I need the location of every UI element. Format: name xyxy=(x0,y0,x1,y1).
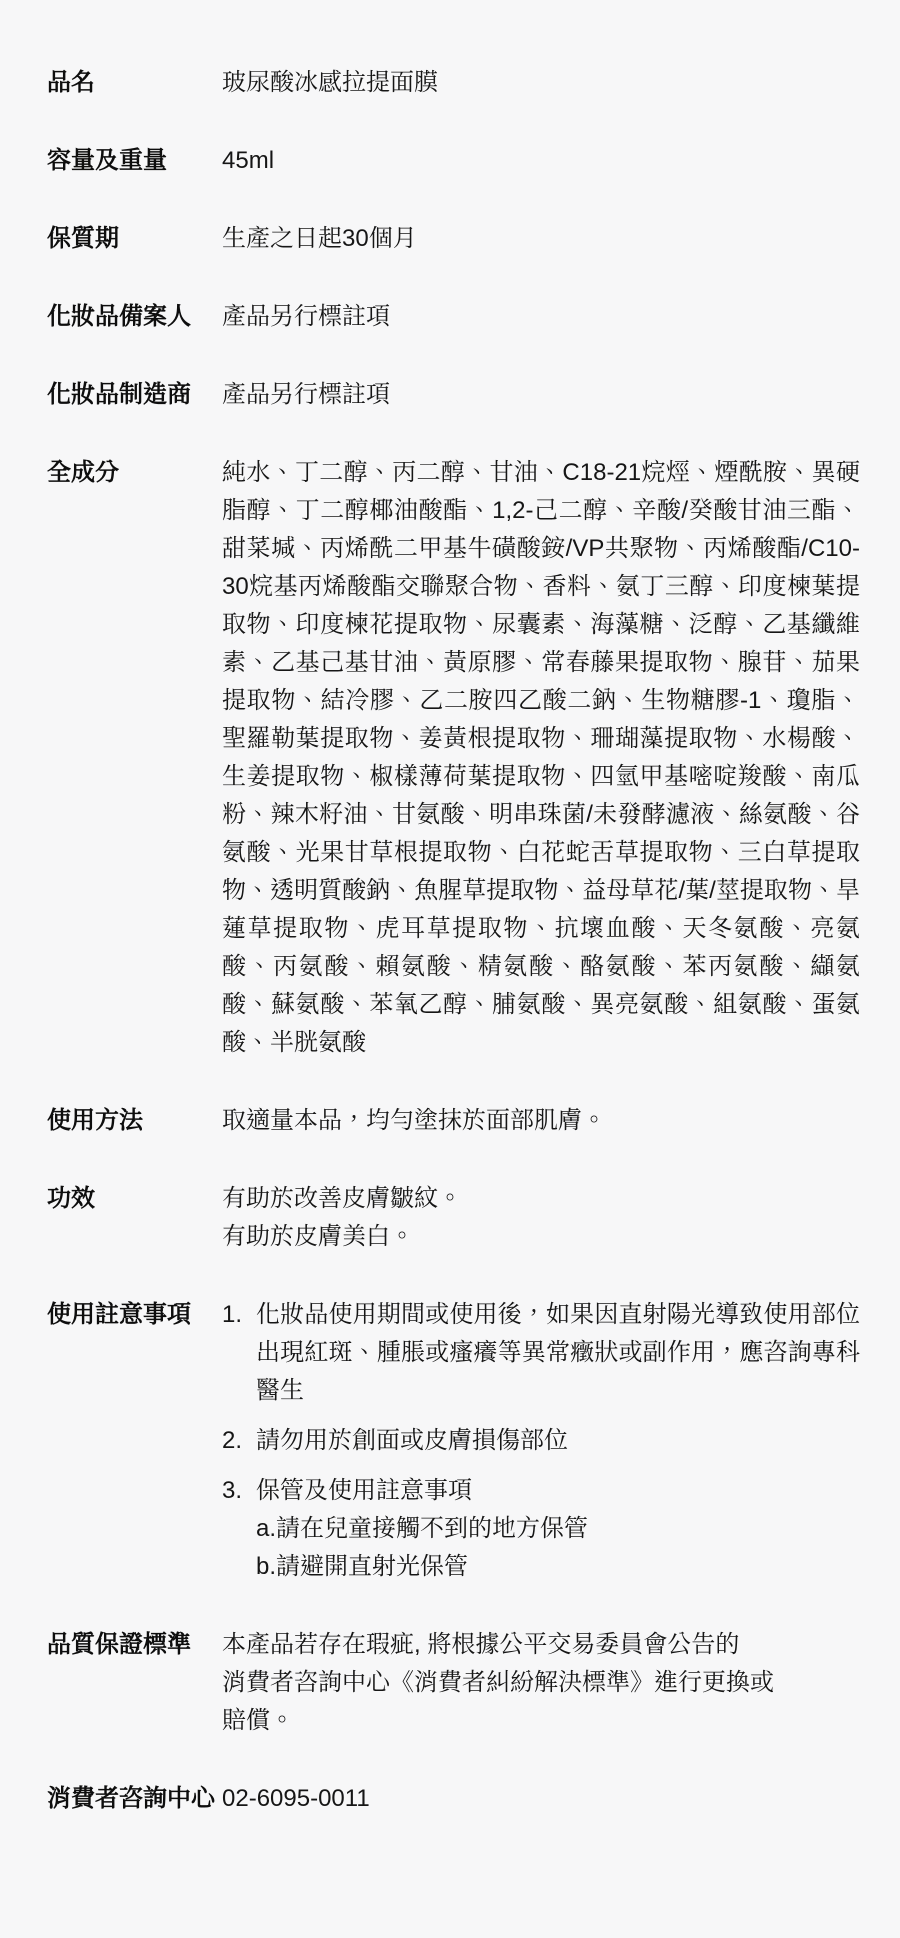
row-consumer-center: 消費者咨詢中心 02-6095-0011 xyxy=(47,1780,860,1818)
note-item-3-title: 保管及使用註意事項 xyxy=(256,1472,860,1510)
ingredients-value: 純水、丁二醇、丙二醇、甘油、C18-21烷烴、煙酰胺、異硬脂醇、丁二醇椰油酸酯、… xyxy=(222,454,860,1062)
manufacturer-value: 產品另行標註項 xyxy=(222,376,860,414)
note-item-2-text: 請勿用於創面或皮膚損傷部位 xyxy=(256,1422,860,1460)
efficacy-label: 功效 xyxy=(47,1180,222,1218)
consumer-center-phone: 02-6095-0011 xyxy=(222,1780,860,1818)
note-item-1: 1. 化妝品使用期間或使用後，如果因直射陽光導致使用部位出現紅斑、腫脹或瘙癢等異… xyxy=(222,1296,860,1410)
shelf-life-value: 生產之日起30個月 xyxy=(222,220,860,258)
product-name-value: 玻尿酸冰感拉提面膜 xyxy=(222,64,860,102)
manufacturer-label: 化妝品制造商 xyxy=(47,376,222,414)
row-registrant: 化妝品備案人 產品另行標註項 xyxy=(47,298,860,336)
volume-weight-value: 45ml xyxy=(222,142,860,180)
usage-notes-label: 使用註意事項 xyxy=(47,1296,222,1334)
note-item-3-number: 3. xyxy=(222,1472,256,1586)
row-product-name: 品名 玻尿酸冰感拉提面膜 xyxy=(47,64,860,102)
usage-notes-list: 1. 化妝品使用期間或使用後，如果因直射陽光導致使用部位出現紅斑、腫脹或瘙癢等異… xyxy=(222,1296,860,1586)
quality-standard-label: 品質保證標準 xyxy=(47,1626,222,1664)
product-info-sheet: 品名 玻尿酸冰感拉提面膜 容量及重量 45ml 保質期 生產之日起30個月 化妝… xyxy=(0,0,900,1938)
consumer-center-label: 消費者咨詢中心 xyxy=(47,1780,222,1818)
row-efficacy: 功效 有助於改善皮膚皺紋。 有助於皮膚美白。 xyxy=(47,1180,860,1256)
row-volume-weight: 容量及重量 45ml xyxy=(47,142,860,180)
row-ingredients: 全成分 純水、丁二醇、丙二醇、甘油、C18-21烷烴、煙酰胺、異硬脂醇、丁二醇椰… xyxy=(47,454,860,1062)
quality-standard-value: 本產品若存在瑕疵, 將根據公平交易委員會公告的 消費者咨詢中心《消費者糾紛解決標… xyxy=(222,1626,860,1740)
note-item-3-text: 保管及使用註意事項 a.請在兒童接觸不到的地方保管 b.請避開直射光保管 xyxy=(256,1472,860,1586)
registrant-value: 產品另行標註項 xyxy=(222,298,860,336)
note-item-1-number: 1. xyxy=(222,1296,256,1410)
volume-weight-label: 容量及重量 xyxy=(47,142,222,180)
note-item-1-text: 化妝品使用期間或使用後，如果因直射陽光導致使用部位出現紅斑、腫脹或瘙癢等異常癥狀… xyxy=(256,1296,860,1410)
usage-value: 取適量本品，均勻塗抹於面部肌膚。 xyxy=(222,1102,860,1140)
row-usage-notes: 使用註意事項 1. 化妝品使用期間或使用後，如果因直射陽光導致使用部位出現紅斑、… xyxy=(47,1296,860,1586)
registrant-label: 化妝品備案人 xyxy=(47,298,222,336)
ingredients-label: 全成分 xyxy=(47,454,222,492)
row-manufacturer: 化妝品制造商 產品另行標註項 xyxy=(47,376,860,414)
shelf-life-label: 保質期 xyxy=(47,220,222,258)
row-shelf-life: 保質期 生產之日起30個月 xyxy=(47,220,860,258)
product-name-label: 品名 xyxy=(47,64,222,102)
note-item-2-number: 2. xyxy=(222,1422,256,1460)
row-usage: 使用方法 取適量本品，均勻塗抹於面部肌膚。 xyxy=(47,1102,860,1140)
efficacy-value: 有助於改善皮膚皺紋。 有助於皮膚美白。 xyxy=(222,1180,860,1256)
row-quality-standard: 品質保證標準 本產品若存在瑕疵, 將根據公平交易委員會公告的 消費者咨詢中心《消… xyxy=(47,1626,860,1740)
note-item-3: 3. 保管及使用註意事項 a.請在兒童接觸不到的地方保管 b.請避開直射光保管 xyxy=(222,1472,860,1586)
note-item-3-subitems: a.請在兒童接觸不到的地方保管 b.請避開直射光保管 xyxy=(256,1510,860,1586)
note-item-2: 2. 請勿用於創面或皮膚損傷部位 xyxy=(222,1422,860,1460)
usage-label: 使用方法 xyxy=(47,1102,222,1140)
